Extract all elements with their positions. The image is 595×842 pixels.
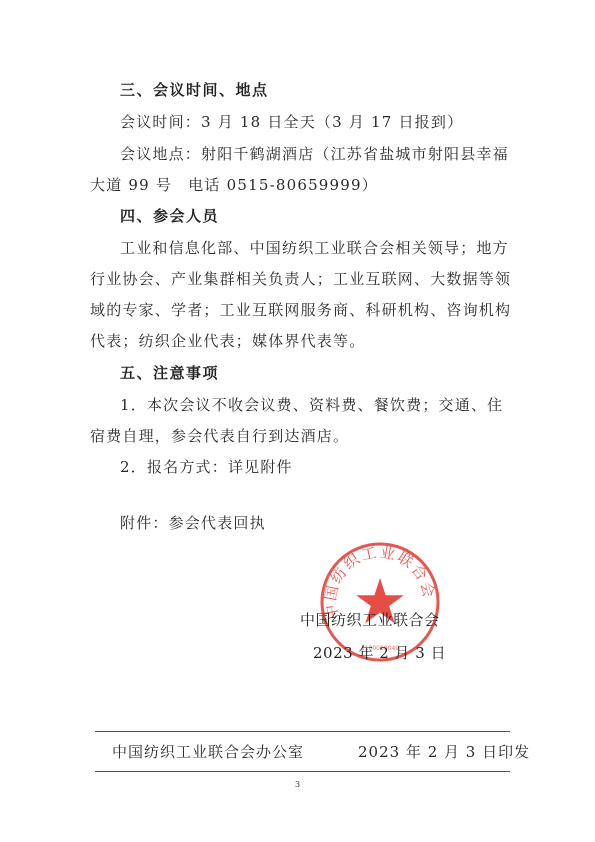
- footer-office: 中国纺织工业联合会办公室: [112, 742, 304, 762]
- footer-bottom-rule: [95, 771, 510, 772]
- attendees-line-2: 行业协会、产业集群相关负责人；工业互联网、大数据等领: [90, 269, 510, 289]
- section-5-heading: 五、注意事项: [120, 363, 540, 383]
- footer-issue-date: 2023 年 2 月 3 日印发: [358, 742, 530, 762]
- attachment-note: 附件：参会代表回执: [120, 513, 540, 533]
- meeting-venue-line-2: 大道 99 号 电话 0515-80659999）: [90, 175, 510, 195]
- notice-item-1-line-2: 宿费自理，参会代表自行到达酒店。: [90, 426, 510, 446]
- signature-date: 2023 年 2 月 3 日: [313, 643, 446, 663]
- attendees-line-4: 代表；纺织企业代表；媒体界代表等。: [90, 331, 510, 351]
- section-3-heading: 三、会议时间、地点: [120, 80, 540, 100]
- meeting-time: 会议时间：3 月 18 日全天（3 月 17 日报到）: [120, 112, 540, 132]
- signature-org: 中国纺织工业联合会: [300, 610, 440, 630]
- page-number: 3: [295, 780, 300, 789]
- section-4-heading: 四、参会人员: [120, 206, 540, 226]
- meeting-venue-line-1: 会议地点：射阳千鹤湖酒店（江苏省盐城市射阳县幸福: [120, 144, 540, 164]
- notice-item-2: 2．报名方式：详见附件: [120, 457, 540, 477]
- attendees-line-1: 工业和信息化部、中国纺织工业联合会相关领导；地方: [120, 238, 540, 258]
- notice-item-1-line-1: 1．本次会议不收会议费、资料费、餐饮费；交通、住: [120, 395, 540, 415]
- footer-top-rule: [95, 731, 510, 732]
- attendees-line-3: 域的专家、学者；工业互联网服务商、科研机构、咨询机构: [90, 300, 510, 320]
- document-page: 三、会议时间、地点 会议时间：3 月 18 日全天（3 月 17 日报到） 会议…: [0, 0, 595, 842]
